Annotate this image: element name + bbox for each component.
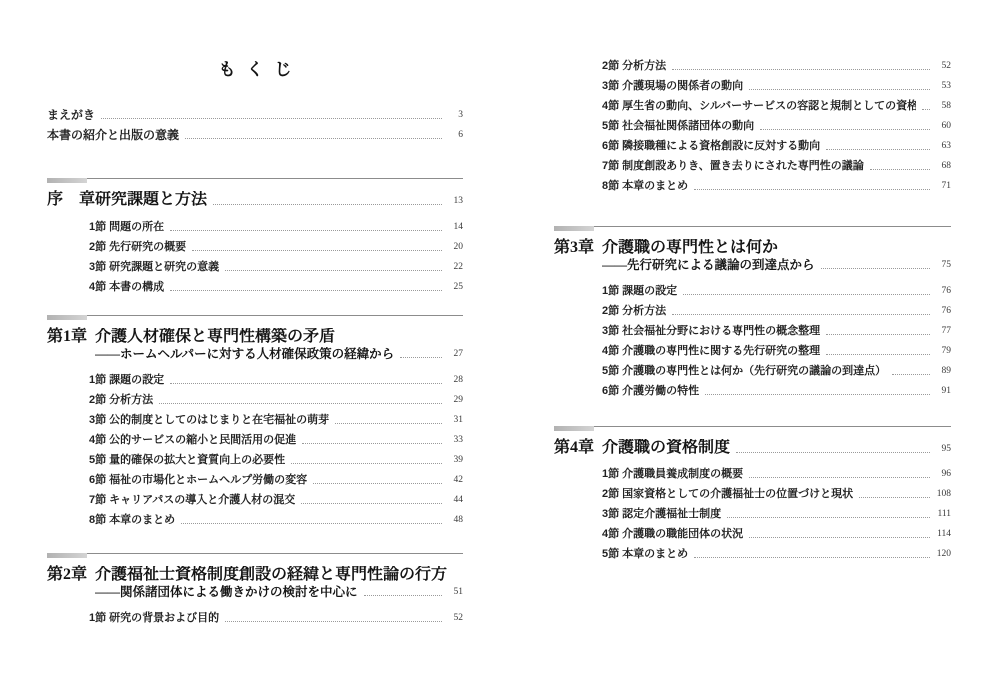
chapter-heading-body: 介護福祉士資格制度創設の経緯と専門性論の行方――関係諸団体による働きかけの検討を… <box>95 566 463 600</box>
page-number: 79 <box>933 345 951 358</box>
leader-dots <box>705 394 930 395</box>
page-number: 52 <box>445 612 463 625</box>
entry-label: 8節 本章のまとめ <box>602 178 688 194</box>
entry-label: 2節 分析方法 <box>602 58 666 74</box>
entry-label: 6節 介護労働の特性 <box>602 383 699 399</box>
page-number: 27 <box>445 348 463 361</box>
section-entry: 1節 介護職員養成制度の概要96 <box>602 464 951 484</box>
chapter2-continuation-sections: 2節 分析方法523節 介護現場の関係者の動向534節 厚生省の動向、シルバーサ… <box>554 0 951 196</box>
chapter-block: 第3章介護職の専門性とは何か――先行研究による議論の到達点から751節 課題の設… <box>554 226 951 401</box>
chapter-heading: 第2章介護福祉士資格制度創設の経緯と専門性論の行方――関係諸団体による働きかけの… <box>47 566 463 600</box>
chapter-heading-body: 介護人材確保と専門性構築の矛盾――ホームヘルパーに対する人材確保政策の経緯から2… <box>95 328 463 362</box>
page-number: 95 <box>933 443 951 456</box>
leader-dots <box>225 270 442 271</box>
section-list: 1節 課題の設定762節 分析方法763節 社会福祉分野における専門性の概念整理… <box>554 281 951 401</box>
chapter-subtitle-line: ――先行研究による議論の到達点から75 <box>602 258 951 273</box>
page-number: 60 <box>933 120 951 133</box>
entry-label: 3節 研究課題と研究の意義 <box>89 259 219 275</box>
chapter-subtitle-line: ――ホームヘルパーに対する人材確保政策の経緯から27 <box>95 347 463 362</box>
chapter-block: 第2章介護福祉士資格制度創設の経緯と専門性論の行方――関係諸団体による働きかけの… <box>47 553 463 628</box>
page-number: 22 <box>445 261 463 274</box>
toc-page: もくじ まえがき3本書の紹介と出版の意義6 序 章研究課題と方法131節 問題の… <box>0 0 986 700</box>
leader-dots <box>170 290 442 291</box>
entry-label: 4節 本書の構成 <box>89 279 164 295</box>
chapter-title: 介護職の専門性とは何か <box>602 239 778 257</box>
chapter-heading-body: 研究課題と方法13 <box>95 191 463 209</box>
chapter-title-line: 研究課題と方法13 <box>95 191 463 209</box>
section-entry: 1節 課題の設定76 <box>602 281 951 301</box>
leader-dots <box>291 463 442 464</box>
page-number: 76 <box>933 285 951 298</box>
page-number: 71 <box>933 180 951 193</box>
section-entry: 1節 研究の背景および目的52 <box>89 608 463 628</box>
chapter-heading: 第3章介護職の専門性とは何か――先行研究による議論の到達点から75 <box>554 239 951 273</box>
section-entry: 6節 福祉の市場化とホームヘルプ労働の変容42 <box>89 470 463 490</box>
entry-label: 7節 制度創設ありき、置き去りにされた専門性の議論 <box>602 158 864 174</box>
entry-label: 3節 介護現場の関係者の動向 <box>602 78 743 94</box>
section-list: 1節 介護職員養成制度の概要962節 国家資格としての介護福祉士の位置づけと現状… <box>554 464 951 564</box>
entry-label: 7節 キャリアパスの導入と介護人材の混交 <box>89 492 295 508</box>
page-number: 51 <box>445 586 463 599</box>
page-number: 111 <box>933 508 951 521</box>
chapter-number: 第4章 <box>554 439 602 457</box>
chapter-subtitle: ――先行研究による議論の到達点から <box>602 258 815 273</box>
leader-dots <box>335 423 442 424</box>
entry-label: 4節 介護職の職能団体の状況 <box>602 526 743 542</box>
frontmatter-entry: まえがき3 <box>47 105 463 125</box>
right-column: 2節 分析方法523節 介護現場の関係者の動向534節 厚生省の動向、シルバーサ… <box>554 0 951 564</box>
page-number: 96 <box>933 468 951 481</box>
leader-dots <box>213 204 442 205</box>
page-number: 20 <box>445 241 463 254</box>
page-number: 75 <box>933 259 951 272</box>
leader-dots <box>760 129 930 130</box>
divider-accent-bar <box>554 426 594 431</box>
section-list: 1節 研究の背景および目的52 <box>47 608 463 628</box>
page-number: 31 <box>445 414 463 427</box>
chapter-block: 序 章研究課題と方法131節 問題の所在142節 先行研究の概要203節 研究課… <box>47 178 463 297</box>
page-number: 108 <box>933 488 951 501</box>
section-entry: 4節 厚生省の動向、シルバーサービスの容認と規制としての資格制度創設58 <box>602 96 951 116</box>
right-chapter-list: 第3章介護職の専門性とは何か――先行研究による議論の到達点から751節 課題の設… <box>554 226 951 564</box>
chapter-number: 第2章 <box>47 566 95 584</box>
page-number: 13 <box>445 195 463 208</box>
section-entry: 1節 問題の所在14 <box>89 217 463 237</box>
section-entry: 7節 制度創設ありき、置き去りにされた専門性の議論68 <box>602 156 951 176</box>
leader-dots <box>181 523 442 524</box>
leader-dots <box>694 189 930 190</box>
section-divider <box>47 553 463 558</box>
chapter-heading-body: 介護職の専門性とは何か――先行研究による議論の到達点から75 <box>602 239 951 273</box>
section-entry: 4節 介護職の専門性に関する先行研究の整理79 <box>602 341 951 361</box>
divider-accent-bar <box>554 226 594 231</box>
section-divider <box>47 315 463 320</box>
entry-label: 5節 介護職の専門性とは何か（先行研究の議論の到達点） <box>602 363 886 379</box>
chapter-title: 介護人材確保と専門性構築の矛盾 <box>95 328 335 346</box>
chapter-heading: 第1章介護人材確保と専門性構築の矛盾――ホームヘルパーに対する人材確保政策の経緯… <box>47 328 463 362</box>
entry-label: まえがき <box>47 107 95 123</box>
leader-dots <box>159 403 442 404</box>
left-column: もくじ まえがき3本書の紹介と出版の意義6 序 章研究課題と方法131節 問題の… <box>47 0 463 628</box>
leader-dots <box>170 383 442 384</box>
entry-label: 6節 福祉の市場化とホームヘルプ労働の変容 <box>89 472 307 488</box>
section-entry: 4節 公的サービスの縮小と民間活用の促進33 <box>89 430 463 450</box>
chapter-title-line: 介護職の専門性とは何か <box>602 239 951 257</box>
page-number: 91 <box>933 385 951 398</box>
leader-dots <box>826 354 930 355</box>
section-entry: 5節 量的確保の拡大と資質向上の必要性39 <box>89 450 463 470</box>
chapter-block: 第4章介護職の資格制度951節 介護職員養成制度の概要962節 国家資格としての… <box>554 426 951 564</box>
leader-dots <box>694 557 930 558</box>
section-entry: 4節 介護職の職能団体の状況114 <box>602 524 951 544</box>
section-entry: 2節 分析方法29 <box>89 390 463 410</box>
divider-accent-bar <box>47 553 87 558</box>
section-entry: 3節 公的制度としてのはじまりと在宅福祉の萌芽31 <box>89 410 463 430</box>
page-number: 89 <box>933 365 951 378</box>
leader-dots <box>672 314 930 315</box>
divider-accent-bar <box>47 315 87 320</box>
leader-dots <box>302 443 442 444</box>
entry-label: 5節 本章のまとめ <box>602 546 688 562</box>
entry-label: 6節 隣接職種による資格創設に反対する動向 <box>602 138 820 154</box>
chapter-title-line: 介護福祉士資格制度創設の経緯と専門性論の行方 <box>95 566 463 584</box>
section-divider <box>554 226 951 231</box>
leader-dots <box>225 621 442 622</box>
section-entry: 4節 本書の構成25 <box>89 277 463 297</box>
leader-dots <box>672 69 930 70</box>
section-entry: 5節 本章のまとめ120 <box>602 544 951 564</box>
leader-dots <box>736 452 930 453</box>
page-number: 48 <box>445 514 463 527</box>
entry-label: 3節 社会福祉分野における専門性の概念整理 <box>602 323 820 339</box>
section-list: 1節 問題の所在142節 先行研究の概要203節 研究課題と研究の意義224節 … <box>47 217 463 297</box>
leader-dots <box>892 374 930 375</box>
page-number: 68 <box>933 160 951 173</box>
entry-label: 2節 分析方法 <box>89 392 153 408</box>
chapter-subtitle-line: ――関係諸団体による働きかけの検討を中心に51 <box>95 585 463 600</box>
leader-dots <box>870 169 930 170</box>
divider-accent-bar <box>47 178 87 183</box>
section-entry: 6節 隣接職種による資格創設に反対する動向63 <box>602 136 951 156</box>
page-number: 6 <box>445 129 463 142</box>
chapter-heading: 第4章介護職の資格制度95 <box>554 439 951 457</box>
page-number: 114 <box>933 528 951 541</box>
left-chapter-list: 序 章研究課題と方法131節 問題の所在142節 先行研究の概要203節 研究課… <box>47 178 463 628</box>
section-list: 1節 課題の設定282節 分析方法293節 公的制度としてのはじまりと在宅福祉の… <box>47 370 463 530</box>
entry-label: 4節 介護職の専門性に関する先行研究の整理 <box>602 343 820 359</box>
chapter-subtitle: ――関係諸団体による働きかけの検討を中心に <box>95 585 358 600</box>
entry-label: 1節 課題の設定 <box>89 372 164 388</box>
chapter-heading: 序 章研究課題と方法13 <box>47 191 463 209</box>
page-number: 53 <box>933 80 951 93</box>
entry-label: 5節 量的確保の拡大と資質向上の必要性 <box>89 452 285 468</box>
section-entry: 8節 本章のまとめ48 <box>89 510 463 530</box>
leader-dots <box>922 109 930 110</box>
page-number: 120 <box>933 548 951 561</box>
chapter-title-line: 介護人材確保と専門性構築の矛盾 <box>95 328 463 346</box>
section-entry: 3節 社会福祉分野における専門性の概念整理77 <box>602 321 951 341</box>
leader-dots <box>400 357 442 358</box>
entry-label: 8節 本章のまとめ <box>89 512 175 528</box>
section-entry: 7節 キャリアパスの導入と介護人材の混交44 <box>89 490 463 510</box>
entry-label: 1節 介護職員養成制度の概要 <box>602 466 743 482</box>
chapter-heading-body: 介護職の資格制度95 <box>602 439 951 457</box>
entry-label: 2節 分析方法 <box>602 303 666 319</box>
page-title: もくじ <box>47 58 463 82</box>
page-number: 52 <box>933 60 951 73</box>
section-entry: 8節 本章のまとめ71 <box>602 176 951 196</box>
page-number: 14 <box>445 221 463 234</box>
leader-dots <box>821 268 930 269</box>
page-number: 77 <box>933 325 951 338</box>
frontmatter-entry: 本書の紹介と出版の意義6 <box>47 125 463 145</box>
chapter-title: 介護福祉士資格制度創設の経緯と専門性論の行方 <box>95 566 447 584</box>
leader-dots <box>727 517 930 518</box>
chapter-subtitle: ――ホームヘルパーに対する人材確保政策の経緯から <box>95 347 394 362</box>
entry-label: 4節 厚生省の動向、シルバーサービスの容認と規制としての資格制度創設 <box>602 98 916 114</box>
entry-label: 3節 公的制度としてのはじまりと在宅福祉の萌芽 <box>89 412 329 428</box>
page-number: 25 <box>445 281 463 294</box>
entry-label: 1節 問題の所在 <box>89 219 164 235</box>
page-number: 29 <box>445 394 463 407</box>
page-number: 3 <box>445 109 463 122</box>
page-number: 58 <box>933 100 951 113</box>
leader-dots <box>826 334 930 335</box>
page-number: 76 <box>933 305 951 318</box>
section-entry: 2節 先行研究の概要20 <box>89 237 463 257</box>
section-entry: 2節 分析方法76 <box>602 301 951 321</box>
section-entry: 3節 研究課題と研究の意義22 <box>89 257 463 277</box>
leader-dots <box>683 294 930 295</box>
leader-dots <box>364 595 442 596</box>
section-entry: 3節 認定介護福祉士制度111 <box>602 504 951 524</box>
leader-dots <box>313 483 442 484</box>
section-entry: 5節 社会福祉関係諸団体の動向60 <box>602 116 951 136</box>
chapter-number: 第1章 <box>47 328 95 346</box>
entry-label: 4節 公的サービスの縮小と民間活用の促進 <box>89 432 296 448</box>
section-entry: 1節 課題の設定28 <box>89 370 463 390</box>
page-number: 44 <box>445 494 463 507</box>
leader-dots <box>749 537 930 538</box>
chapter-title-line: 介護職の資格制度95 <box>602 439 951 457</box>
section-divider <box>47 178 463 183</box>
leader-dots <box>749 89 930 90</box>
chapter-number: 序 章 <box>47 191 95 209</box>
entry-label: 本書の紹介と出版の意義 <box>47 127 179 143</box>
leader-dots <box>749 477 930 478</box>
frontmatter-list: まえがき3本書の紹介と出版の意義6 <box>47 105 463 145</box>
leader-dots <box>185 138 442 139</box>
leader-dots <box>826 149 930 150</box>
entry-label: 1節 研究の背景および目的 <box>89 610 219 626</box>
section-divider <box>554 426 951 431</box>
section-entry: 6節 介護労働の特性91 <box>602 381 951 401</box>
entry-label: 5節 社会福祉関係諸団体の動向 <box>602 118 754 134</box>
chapter-title: 介護職の資格制度 <box>602 439 730 457</box>
page-number: 39 <box>445 454 463 467</box>
chapter-number: 第3章 <box>554 239 602 257</box>
section-entry: 2節 国家資格としての介護福祉士の位置づけと現状108 <box>602 484 951 504</box>
leader-dots <box>192 250 442 251</box>
page-number: 33 <box>445 434 463 447</box>
page-number: 42 <box>445 474 463 487</box>
entry-label: 2節 国家資格としての介護福祉士の位置づけと現状 <box>602 486 853 502</box>
chapter-title: 研究課題と方法 <box>95 191 207 209</box>
leader-dots <box>170 230 442 231</box>
entry-label: 1節 課題の設定 <box>602 283 677 299</box>
page-number: 28 <box>445 374 463 387</box>
page-number: 63 <box>933 140 951 153</box>
entry-label: 2節 先行研究の概要 <box>89 239 186 255</box>
section-entry: 3節 介護現場の関係者の動向53 <box>602 76 951 96</box>
leader-dots <box>101 118 442 119</box>
leader-dots <box>301 503 442 504</box>
section-entry: 5節 介護職の専門性とは何か（先行研究の議論の到達点）89 <box>602 361 951 381</box>
chapter-block: 第1章介護人材確保と専門性構築の矛盾――ホームヘルパーに対する人材確保政策の経緯… <box>47 315 463 530</box>
leader-dots <box>859 497 930 498</box>
entry-label: 3節 認定介護福祉士制度 <box>602 506 721 522</box>
section-entry: 2節 分析方法52 <box>602 56 951 76</box>
